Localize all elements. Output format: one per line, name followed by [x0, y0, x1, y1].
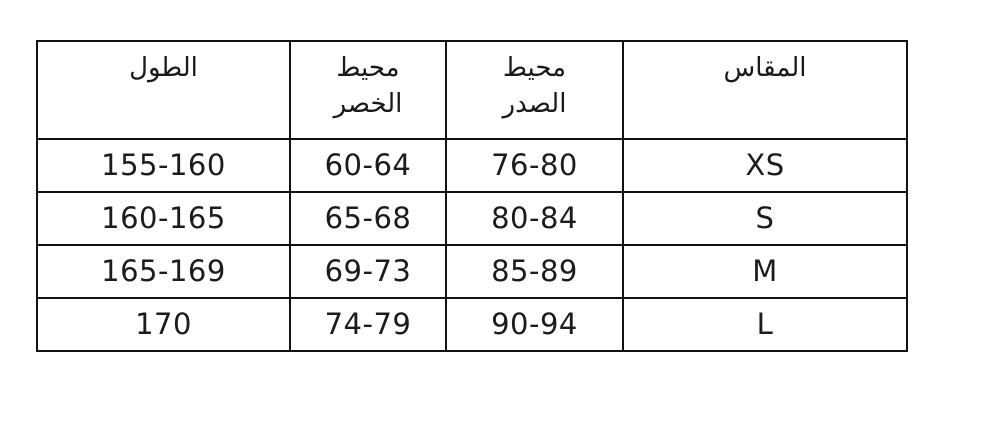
- cell-waist: 74-79: [290, 298, 446, 351]
- header-size-label: المقاس: [624, 50, 906, 86]
- header-chest-label-line2: الصدر: [447, 86, 622, 122]
- header-chest-label-line1: محيط: [447, 50, 622, 86]
- cell-length: 165-169: [37, 245, 290, 298]
- header-length: الطول: [37, 41, 290, 139]
- header-row: الطول محيط الخصر محيط الصدر المقاس: [37, 41, 907, 139]
- table-row: 155-160 60-64 76-80 XS: [37, 139, 907, 192]
- cell-waist: 65-68: [290, 192, 446, 245]
- header-waist-label-line2: الخصر: [291, 86, 445, 122]
- header-waist: محيط الخصر: [290, 41, 446, 139]
- header-chest: محيط الصدر: [446, 41, 623, 139]
- cell-chest: 90-94: [446, 298, 623, 351]
- cell-size: S: [623, 192, 907, 245]
- cell-waist: 69-73: [290, 245, 446, 298]
- cell-length: 160-165: [37, 192, 290, 245]
- cell-size: L: [623, 298, 907, 351]
- size-chart-table: الطول محيط الخصر محيط الصدر المقاس 155-1…: [36, 40, 908, 352]
- cell-length: 155-160: [37, 139, 290, 192]
- table-row: 160-165 65-68 80-84 S: [37, 192, 907, 245]
- cell-length: 170: [37, 298, 290, 351]
- table-row: 170 74-79 90-94 L: [37, 298, 907, 351]
- header-waist-label-line1: محيط: [291, 50, 445, 86]
- cell-size: M: [623, 245, 907, 298]
- cell-chest: 80-84: [446, 192, 623, 245]
- header-size: المقاس: [623, 41, 907, 139]
- cell-waist: 60-64: [290, 139, 446, 192]
- table-row: 165-169 69-73 85-89 M: [37, 245, 907, 298]
- header-length-label: الطول: [38, 50, 289, 86]
- cell-size: XS: [623, 139, 907, 192]
- cell-chest: 85-89: [446, 245, 623, 298]
- cell-chest: 76-80: [446, 139, 623, 192]
